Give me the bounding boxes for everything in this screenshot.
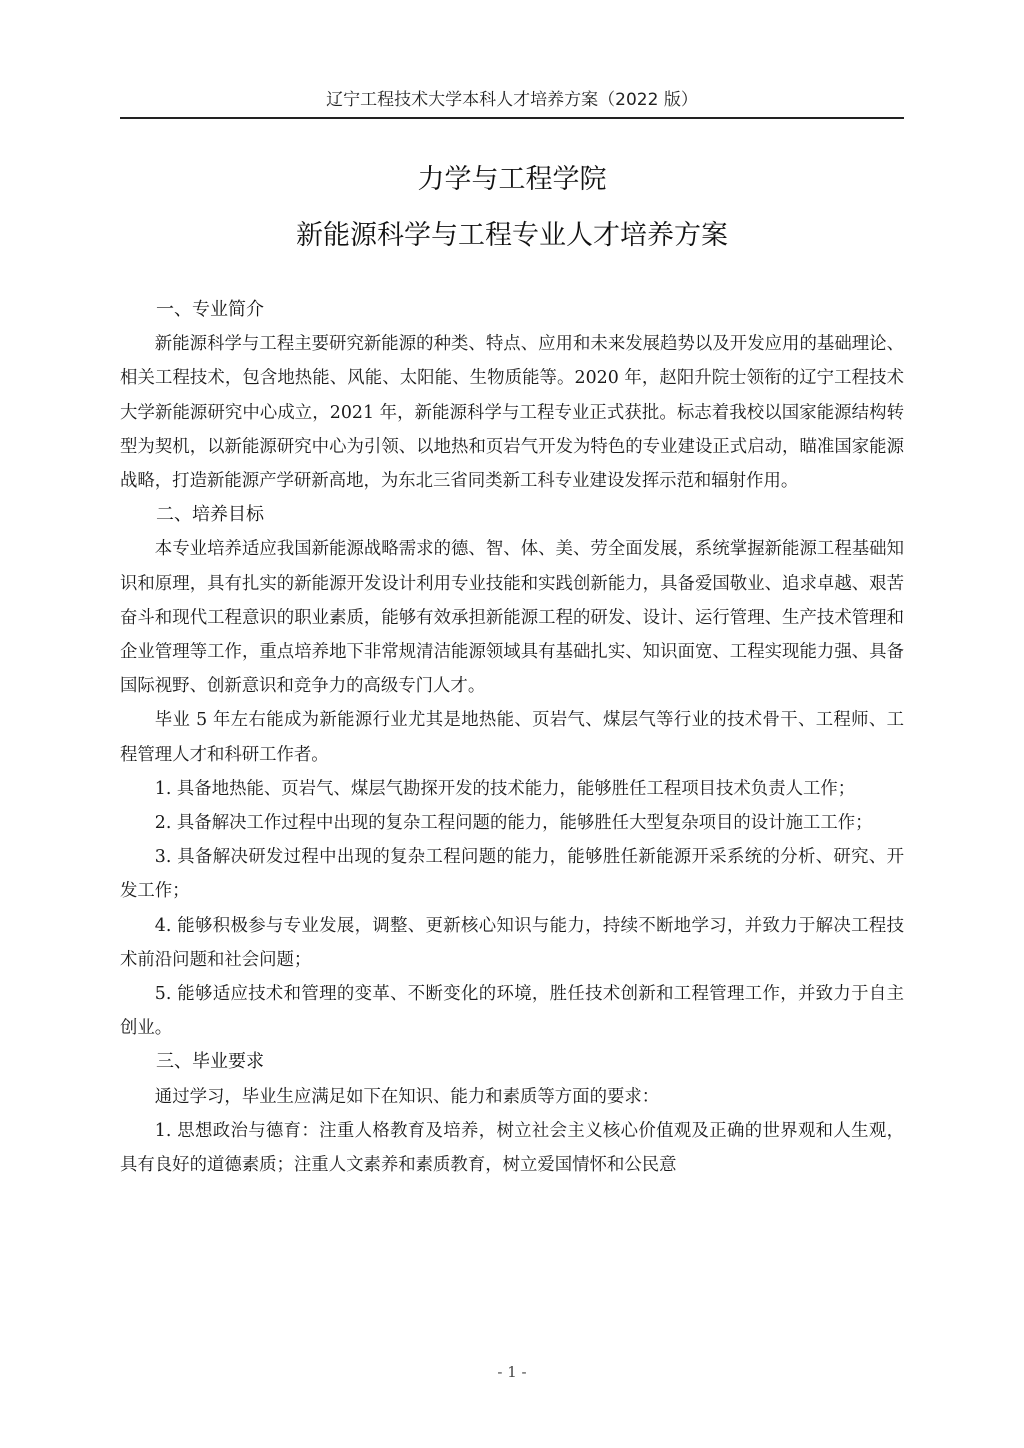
program-title: 新能源科学与工程专业人才培养方案 — [120, 213, 904, 252]
college-title: 力学与工程学院 — [120, 157, 904, 196]
list-item: 2. 具备解决工作过程中出现的复杂工程问题的能力，能够胜任大型复杂项目的设计施工… — [120, 806, 904, 840]
document-body: 一、专业简介 新能源科学与工程主要研究新能源的种类、特点、应用和未来发展趋势以及… — [120, 293, 904, 1182]
paragraph: 新能源科学与工程主要研究新能源的种类、特点、应用和未来发展趋势以及开发应用的基础… — [120, 327, 904, 498]
section-heading-introduction: 一、专业简介 — [120, 293, 904, 327]
list-item: 3. 具备解决研发过程中出现的复杂工程问题的能力，能够胜任新能源开采系统的分析、… — [120, 840, 904, 908]
paragraph: 通过学习，毕业生应满足如下在知识、能力和素质等方面的要求： — [120, 1080, 904, 1114]
header-divider — [120, 117, 904, 119]
paragraph: 毕业 5 年左右能成为新能源行业尤其是地热能、页岩气、煤层气等行业的技术骨干、工… — [120, 703, 904, 771]
paragraph: 本专业培养适应我国新能源战略需求的德、智、体、美、劳全面发展，系统掌握新能源工程… — [120, 532, 904, 703]
page-number: - 1 - — [0, 1363, 1024, 1381]
running-header: 辽宁工程技术大学本科人才培养方案（2022 版） — [120, 88, 904, 112]
section-heading-requirements: 三、毕业要求 — [120, 1045, 904, 1079]
section-heading-objectives: 二、培养目标 — [120, 498, 904, 532]
list-item: 4. 能够积极参与专业发展，调整、更新核心知识与能力，持续不断地学习，并致力于解… — [120, 909, 904, 977]
list-item: 5. 能够适应技术和管理的变革、不断变化的环境，胜任技术创新和工程管理工作，并致… — [120, 977, 904, 1045]
list-item: 1. 思想政治与德育：注重人格教育及培养，树立社会主义核心价值观及正确的世界观和… — [120, 1114, 904, 1182]
list-item: 1. 具备地热能、页岩气、煤层气勘探开发的技术能力，能够胜任工程项目技术负责人工… — [120, 772, 904, 806]
